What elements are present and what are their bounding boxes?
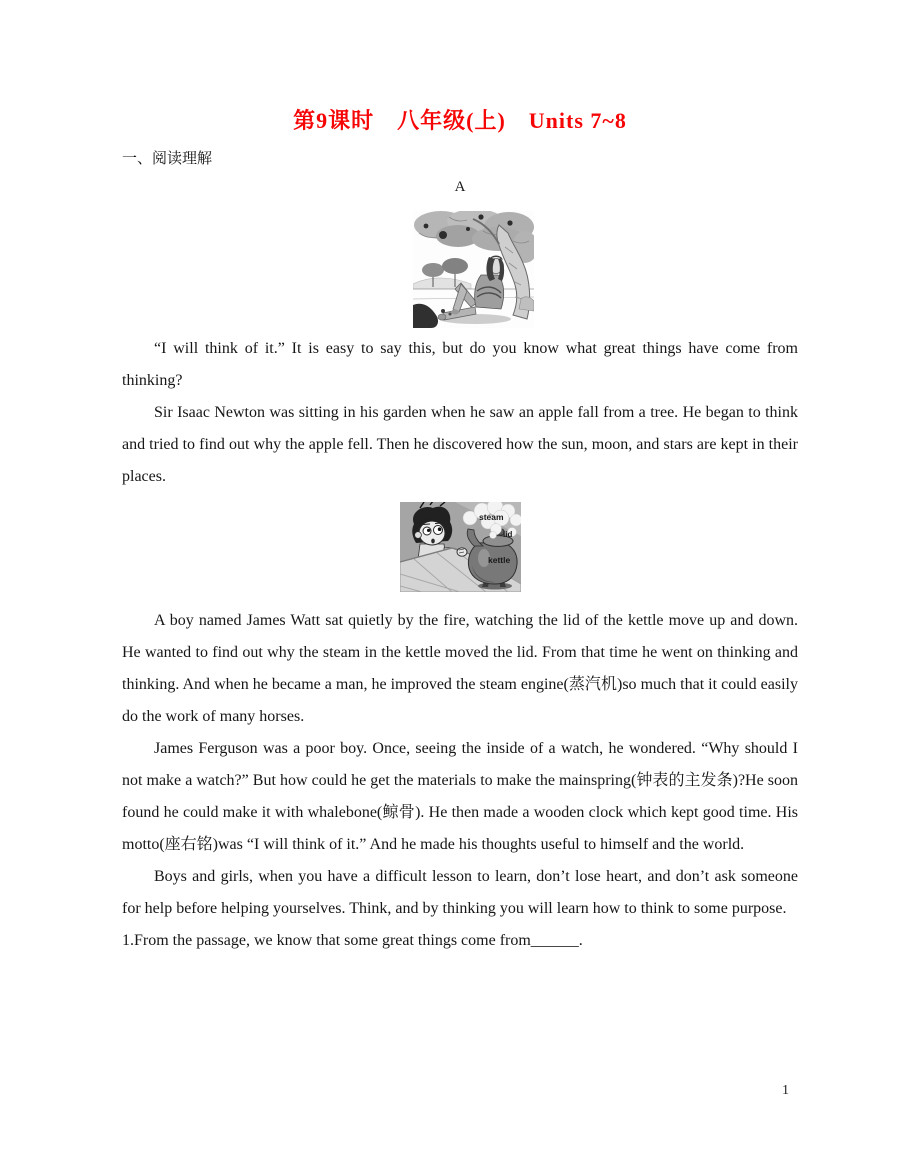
section-heading-reading: 一、阅读理解: [122, 147, 212, 168]
page-number: 1: [782, 1083, 789, 1099]
question-item-1: 1.From the passage, we know that some gr…: [122, 925, 798, 957]
kettle-label: kettle: [488, 555, 510, 565]
passage-paragraph: Boys and girls, when you have a difficul…: [122, 861, 798, 925]
newton-illustration: [413, 211, 534, 328]
kettle-illustration: steam lid kettle: [400, 502, 521, 592]
page-title: 第9课时 八年级(上) Units 7~8: [0, 104, 920, 135]
steam-label: steam: [479, 512, 504, 522]
worksheet-page: 第9课时 八年级(上) Units 7~8 一、阅读理解 A: [0, 0, 920, 1171]
reading-passage: “I will think of it.” It is easy to say …: [122, 333, 798, 957]
lid-label: lid: [503, 530, 512, 539]
passage-paragraph: Sir Isaac Newton was sitting in his gard…: [122, 397, 798, 493]
passage-label: A: [0, 179, 920, 196]
passage-paragraph: James Ferguson was a poor boy. Once, see…: [122, 733, 798, 861]
passage-paragraph: A boy named James Watt sat quietly by th…: [122, 605, 798, 733]
passage-paragraph: “I will think of it.” It is easy to say …: [122, 333, 798, 397]
boy-hand: [457, 548, 467, 556]
